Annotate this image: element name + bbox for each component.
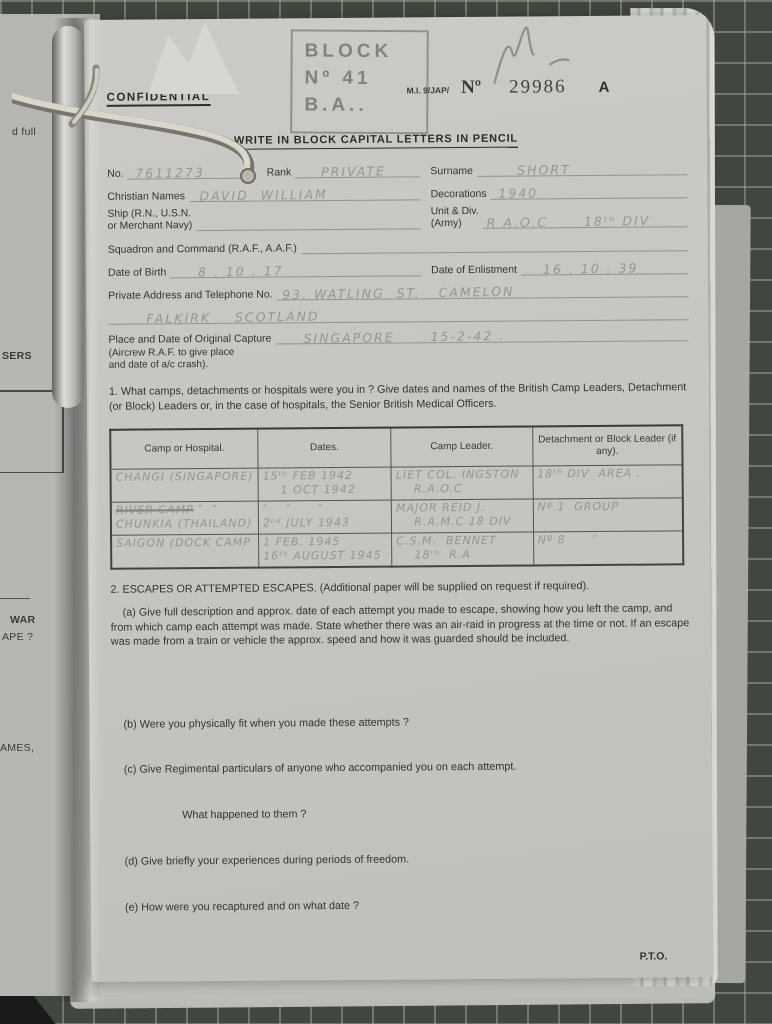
cell-camp: RIVER CAMP ″ ″ CHUNKIA (THAILAND) <box>111 501 259 535</box>
address-field-line2: FALKIRK SCOTLAND <box>108 304 688 325</box>
left-page-table-fragment <box>0 390 64 473</box>
col-camp-leader: Camp Leader. <box>391 426 533 467</box>
christian-names-label: Christian Names <box>107 190 189 203</box>
no-value: 7611273 <box>135 165 205 181</box>
struck-camp-name: RIVER CAMP <box>116 503 194 517</box>
unit-div-label: Unit & Div. (Army) <box>431 206 483 229</box>
left-page-fragment: WAR <box>10 614 35 626</box>
form-row: No. 7611273 Rank PRIVATE Surname SHORT <box>107 159 687 180</box>
serial-suffix: A <box>598 79 609 96</box>
christian-names-field: DAVID WILLIAM <box>189 184 421 202</box>
question-2-heading: 2. ESCAPES OR ATTEMPTED ESCAPES. (Additi… <box>110 579 690 596</box>
table-row: CHANGI (SINGAPORE) 15ᵗʰ FEB 1942 1 OCT 1… <box>111 465 683 502</box>
col-camp-or-hospital: Camp or Hospital. <box>110 429 258 470</box>
capture-label: Place and Date of Original Capture <box>108 333 275 346</box>
date-of-enlistment-label: Date of Enlistment <box>431 264 521 277</box>
stamp-line: BLOCK <box>305 38 427 66</box>
form-row: Private Address and Telephone No. 93. WA… <box>108 281 688 302</box>
form-row: Place and Date of Original Capture SINGA… <box>108 325 688 346</box>
unit-div-field: R A.O.C 18ᵗʰ DIV <box>483 211 688 229</box>
table-row: RIVER CAMP ″ ″ CHUNKIA (THAILAND) ″ ″ ″ … <box>111 498 683 535</box>
camps-table: Camp or Hospital. Dates. Camp Leader. De… <box>109 424 684 570</box>
ship-field <box>196 213 421 231</box>
surname-value: SHORT <box>517 162 571 178</box>
capture-field: SINGAPORE 15-2-42 . <box>275 325 688 344</box>
cell-leader: LIET COL. INGSTON R.A.O.C <box>391 466 533 500</box>
form-body: No. 7611273 Rank PRIVATE Surname SHORT C… <box>107 159 693 967</box>
ship-label: Ship (R.N., U.S.N. or Merchant Navy) <box>107 208 196 232</box>
left-page-fragment: d full <box>12 126 36 138</box>
question-2b: (b) Were you physically fit when you mad… <box>123 713 691 732</box>
left-page-fragment: AMES, <box>0 742 34 754</box>
question-2e: (e) How were you recaptured and on what … <box>125 896 693 915</box>
question-2c-followup: What happened to them ? <box>182 804 692 823</box>
form-instruction: WRITE IN BLOCK CAPITAL LETTERS IN PENCIL <box>85 127 667 150</box>
cell-block-leader: Nº 8 ″ <box>533 531 683 566</box>
rank-label: Rank <box>253 166 296 178</box>
question-1: 1. What camps, detachments or hospitals … <box>109 380 689 414</box>
col-detachment-leader: Detachment or Block Leader (if any). <box>532 425 682 466</box>
form-row: Christian Names DAVID WILLIAM Decoration… <box>107 182 687 203</box>
address-value-line2: FALKIRK SCOTLAND <box>146 309 319 327</box>
date-of-enlistment-field: 16 . 10 . 39 <box>521 258 688 275</box>
decorations-label: Decorations <box>431 188 491 200</box>
cell-leader: MAJOR REID J. R.A.M.C 18 DIV <box>392 499 534 533</box>
form-row: FALKIRK SCOTLAND <box>108 304 688 325</box>
address-label: Private Address and Telephone No. <box>108 288 277 301</box>
capture-note: (Aircrew R.A.F. to give place and date o… <box>109 343 689 371</box>
date-of-birth-field: 8 . 10 . 17 <box>170 260 421 278</box>
cell-block-leader: Nº 1 GROUP <box>533 498 683 532</box>
number-sign: Nº <box>461 77 481 99</box>
questionnaire-page: CONFIDENTIAL BLOCK Nº 41 B.A.. M.I. 9/JA… <box>84 15 714 982</box>
rolled-paper-edge <box>52 26 84 408</box>
unit-div-value: R A.O.C 18ᵗʰ DIV <box>487 213 651 230</box>
form-row: Ship (R.N., U.S.N. or Merchant Navy) Uni… <box>107 204 687 232</box>
question-2d: (d) Give briefly your experiences during… <box>125 850 693 869</box>
col-dates: Dates. <box>258 428 392 469</box>
capture-value: SINGAPORE 15-2-42 . <box>303 328 505 346</box>
form-row: Squadron and Command (R.A.F., A.A.F.) <box>108 235 688 256</box>
cell-dates: 1 FEB. 1945 16ᵗʰ AUGUST 1945 <box>258 533 392 568</box>
question-2a: (a) Give full description and approx. da… <box>111 601 691 649</box>
decorations-field: 1940 <box>491 182 688 200</box>
squadron-label: Squadron and Command (R.A.F., A.A.F.) <box>108 242 301 256</box>
rank-field: PRIVATE <box>295 161 420 178</box>
cell-camp: CHANGI (SINGAPORE) <box>111 468 259 502</box>
address-field-line1: 93. WATLING ST. CAMELON <box>277 281 689 300</box>
form-row: Date of Birth 8 . 10 . 17 Date of Enlist… <box>108 258 688 279</box>
no-label: No. <box>107 168 127 180</box>
cell-camp: SAIGON (DOCK CAMP <box>111 534 259 569</box>
pencil-squiggle-mark <box>488 24 578 89</box>
address-value-line1: 93. WATLING ST. CAMELON <box>282 284 514 302</box>
no-field: 7611273 <box>127 163 252 180</box>
table-header-row: Camp or Hospital. Dates. Camp Leader. De… <box>110 425 682 469</box>
squadron-field <box>301 235 688 254</box>
left-page-rule-fragment <box>0 598 30 599</box>
cell-dates: ″ ″ ″ 2ⁿᵈ JULY 1943 <box>258 500 392 534</box>
left-page-fragment: SERS <box>2 350 32 362</box>
decorations-value: 1940 <box>498 185 538 201</box>
left-page-fragment: APE ? <box>2 631 33 643</box>
christian-names-value: DAVID WILLIAM <box>199 187 328 204</box>
page-turn-over-note: P.T.O. <box>113 950 693 967</box>
question-2c: (c) Give Regimental particulars of anyon… <box>124 758 692 777</box>
cell-leader: C.S.M. BENNET 18ᵗʰ R.A <box>392 532 534 567</box>
date-of-birth-value: 8 . 10 . 17 <box>198 263 284 279</box>
surname-label: Surname <box>430 165 477 177</box>
rank-value: PRIVATE <box>321 163 386 179</box>
cell-dates: 15ᵗʰ FEB 1942 1 OCT 1942 <box>258 467 392 501</box>
date-of-enlistment-value: 16 . 10 . 39 <box>543 260 639 276</box>
department-code: M.I. 9/JAP/ <box>407 85 450 95</box>
surname-field: SHORT <box>477 159 687 177</box>
table-row: SAIGON (DOCK CAMP 1 FEB. 1945 16ᵗʰ AUGUS… <box>111 531 683 569</box>
date-of-birth-label: Date of Birth <box>108 266 170 278</box>
cell-block-leader: 18ᵗʰ DIV AREA . <box>533 465 683 499</box>
